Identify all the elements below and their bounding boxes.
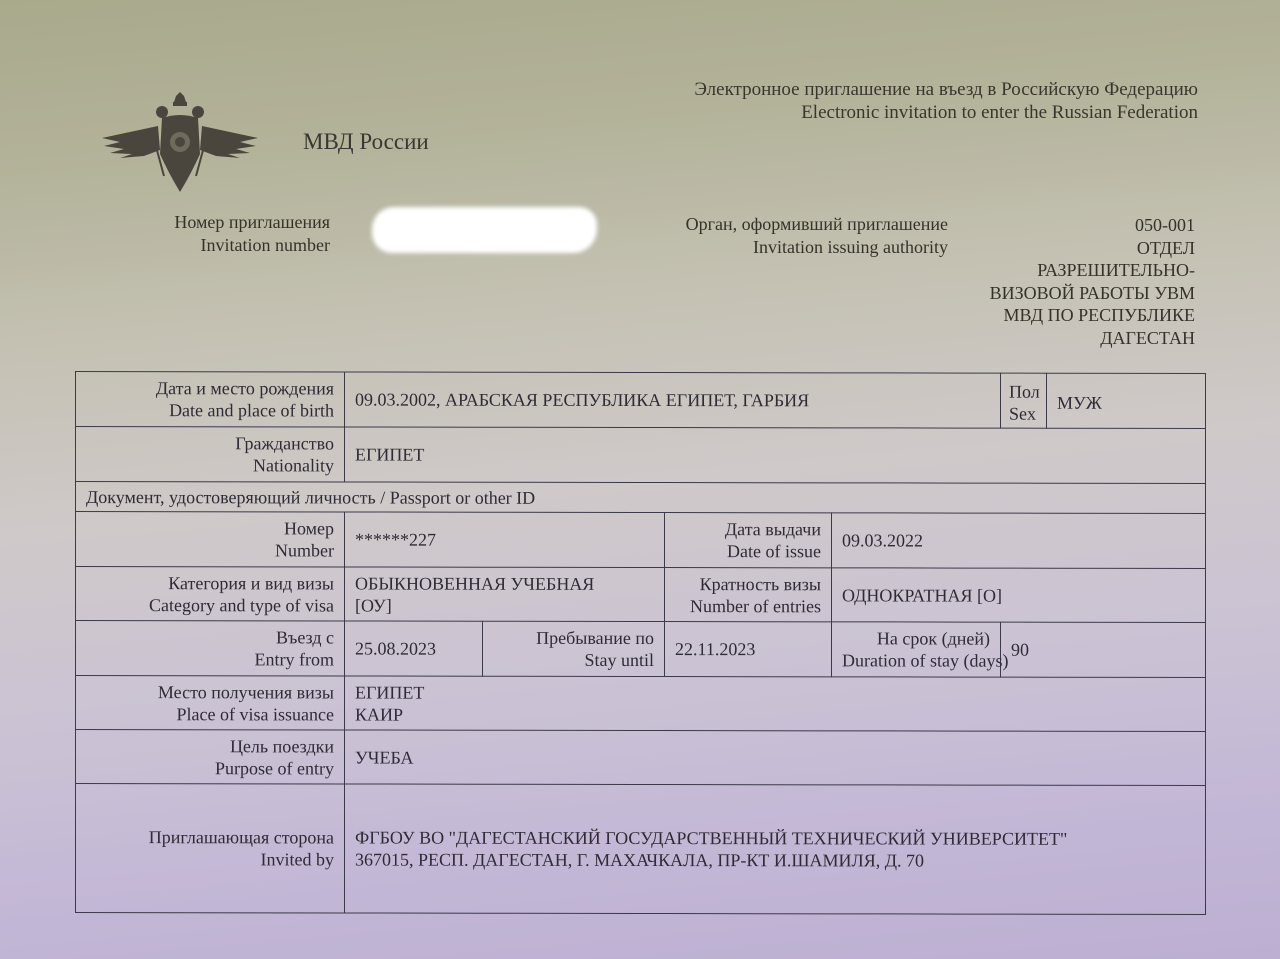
entries-value: ОДНОКРАТНАЯ [О] <box>832 568 1206 623</box>
row-invited-by: Приглашающая сторона Invited by ФГБОУ ВО… <box>76 784 1206 915</box>
visa-category-value: ОБЫКНОВЕННАЯ УЧЕБНАЯ [ОУ] <box>345 567 665 622</box>
visa-place-value: ЕГИПЕТ КАИР <box>345 676 1206 732</box>
row-purpose: Цель поездки Purpose of entry УЧЕБА <box>76 730 1206 786</box>
passport-number-label: Номер Number <box>76 512 345 567</box>
row-dates: Въезд с Entry from 25.08.2023 Пребывание… <box>76 621 1206 678</box>
date-of-issue-value: 09.03.2022 <box>832 513 1206 569</box>
row-visa-place: Место получения визы Place of visa issua… <box>76 676 1206 732</box>
title-ru: Электронное приглашение на въезд в Росси… <box>694 78 1198 101</box>
date-of-issue-label: Дата выдачи Date of issue <box>665 513 832 568</box>
title-en: Electronic invitation to enter the Russi… <box>694 101 1198 124</box>
purpose-value: УЧЕБА <box>345 730 1206 786</box>
purpose-label: Цель поездки Purpose of entry <box>76 730 345 784</box>
double-headed-eagle-icon <box>100 92 260 197</box>
birth-value: 09.03.2002, АРАБСКАЯ РЕСПУБЛИКА ЕГИПЕТ, … <box>345 372 1001 428</box>
duration-value: 90 <box>1001 622 1206 677</box>
authority-code: 050-001 <box>990 214 1195 237</box>
visa-place-label: Место получения визы Place of visa issua… <box>76 676 345 730</box>
agency-name: МВД России <box>303 129 429 155</box>
sex-label: Пол Sex <box>1001 373 1047 428</box>
invited-by-label: Приглашающая сторона Invited by <box>76 784 345 913</box>
issuing-authority-label: Орган, оформивший приглашение Invitation… <box>640 213 948 259</box>
sex-value: МУЖ <box>1047 373 1206 428</box>
nationality-value: ЕГИПЕТ <box>345 427 1206 484</box>
row-visa-category: Категория и вид визы Category and type o… <box>76 567 1206 623</box>
invitation-form-table: Дата и место рождения Date and place of … <box>75 371 1206 915</box>
entry-from-value: 25.08.2023 <box>345 621 483 676</box>
stay-until-value: 22.11.2023 <box>665 622 832 677</box>
nationality-label: Гражданство Nationality <box>76 427 345 482</box>
row-nationality: Гражданство Nationality ЕГИПЕТ <box>76 427 1206 484</box>
invitation-number-label: Номер приглашения Invitation number <box>130 211 330 257</box>
invited-by-value: ФГБОУ ВО "ДАГЕСТАНСКИЙ ГОСУДАРСТВЕННЫЙ Т… <box>345 784 1206 915</box>
duration-label: На срок (дней) Duration of stay (days) <box>832 622 1001 677</box>
visa-category-label: Категория и вид визы Category and type o… <box>76 567 345 621</box>
entries-label: Кратность визы Number of entries <box>665 568 832 622</box>
issuing-authority-value: 050-001 ОТДЕЛ РАЗРЕШИТЕЛЬНО- ВИЗОВОЙ РАБ… <box>990 214 1195 349</box>
invitation-number-redacted <box>372 207 597 253</box>
stray-mark: , <box>246 829 249 844</box>
row-document-section: Документ, удостоверяющий личность / Pass… <box>76 482 1206 514</box>
passport-number-value: ******227 <box>345 512 665 568</box>
document-title: Электронное приглашение на въезд в Росси… <box>694 78 1198 124</box>
stay-until-label: Пребывание по Stay until <box>483 621 665 676</box>
document-section-heading: Документ, удостоверяющий личность / Pass… <box>76 482 1206 514</box>
row-passport: Номер Number ******227 Дата выдачи Date … <box>76 512 1206 569</box>
birth-label: Дата и место рождения Date and place of … <box>76 372 345 427</box>
entry-from-label: Въезд с Entry from <box>76 621 345 676</box>
row-birth: Дата и место рождения Date and place of … <box>76 372 1206 429</box>
